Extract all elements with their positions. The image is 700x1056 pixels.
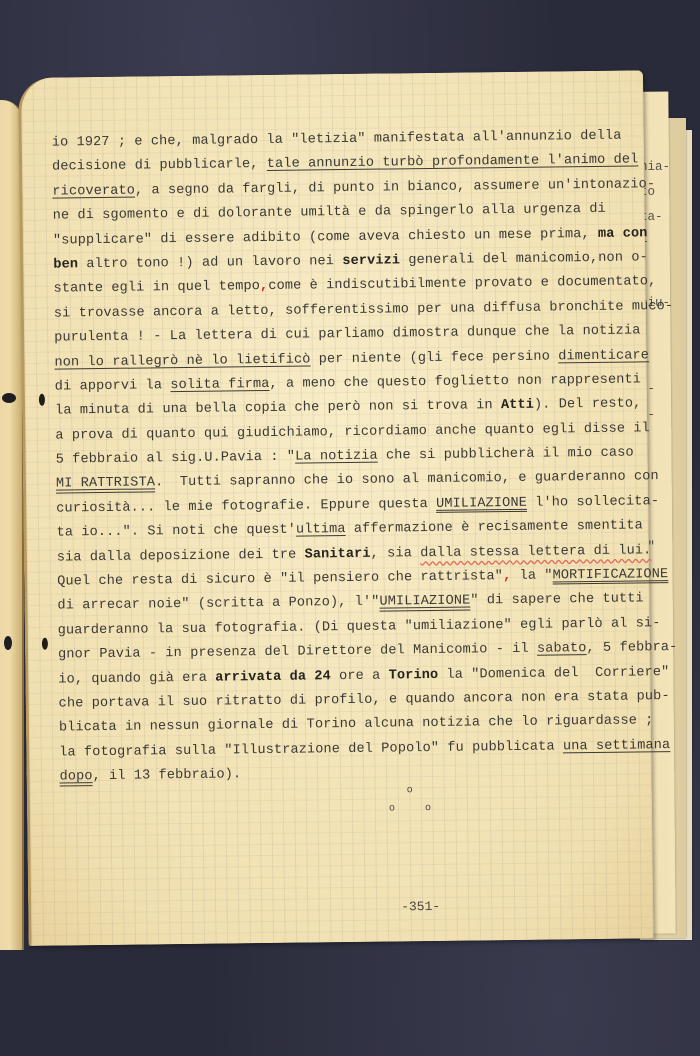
- text-segment: io, quando già era: [58, 670, 215, 687]
- text-segment: a prova di quanto qui giudichiamo, ricor…: [55, 421, 650, 443]
- emphasized-text: dimenticare: [558, 348, 649, 364]
- text-segment: 5 febbraio al sig.U.Pavia : ": [56, 450, 296, 468]
- text-segment: , 5 febbra-: [586, 640, 677, 656]
- emphasized-text: UMILIAZIONE: [436, 496, 527, 512]
- text-segment: io 1927 ; e che, malgrado la "letizia" m…: [52, 129, 622, 151]
- text-segment: l'ho sollecita-: [527, 494, 659, 511]
- text-segment: che portava il suo ritratto di profilo, …: [59, 689, 670, 711]
- section-separator: o o o: [385, 785, 445, 826]
- text-segment: ta io...". Si noti che quest': [56, 523, 296, 541]
- binder-ring: [2, 393, 16, 403]
- emphasized-text: servizi: [342, 253, 400, 269]
- text-segment: decisione di pubblicarle,: [52, 157, 267, 175]
- text-segment: generali del manicomio,non o-: [400, 250, 648, 268]
- document-page: io 1927 ; e che, malgrado la "letizia" m…: [18, 70, 654, 946]
- emphasized-text: Torino: [389, 668, 439, 684]
- text-segment: la "Domenica del Corriere": [438, 665, 669, 683]
- text-segment: "supplicare" di essere adibito (come ave…: [53, 226, 598, 248]
- emphasized-text: tale annunzio turbò profondamente l'anim…: [267, 153, 639, 173]
- emphasized-text: dalla stessa lettera di lui.: [420, 543, 651, 561]
- text-segment: ore a: [331, 668, 389, 684]
- binder-hole: [39, 394, 45, 406]
- emphasized-text: ultima: [296, 522, 346, 538]
- emphasized-text: solita firma: [170, 377, 269, 393]
- text-segment: curiosità... le mie fotografie. Eppure q…: [56, 497, 436, 517]
- emphasized-text: dopo: [59, 769, 92, 784]
- emphasized-text: UMILIAZIONE: [379, 594, 470, 610]
- body-text: io 1927 ; e che, malgrado la "letizia" m…: [52, 124, 660, 790]
- emphasized-text: sabato: [537, 641, 587, 657]
- text-segment: . Tutti sapranno che io sono al manicomi…: [155, 470, 659, 491]
- emphasized-text: MORTIFICAZIONE: [553, 567, 669, 583]
- text-segment: Quel che resta di sicuro è "il pensiero …: [57, 569, 503, 589]
- binder-hole: [42, 638, 48, 650]
- emphasized-text: una settimana: [563, 738, 671, 754]
- text-segment: di apporvi la: [55, 378, 171, 394]
- emphasized-text: La notizia: [295, 449, 378, 465]
- text-segment: , il 13 febbraio).: [92, 767, 241, 784]
- text-segment: per niente (gli fece persino: [310, 349, 558, 367]
- page-number: -351-: [401, 899, 440, 914]
- emphasized-text: non lo rallegrò nè lo lietificò: [54, 352, 310, 370]
- text-segment: come è indiscutibilmente provato e docum…: [268, 275, 656, 295]
- text-segment: guarderanno la sua fotografia. (Di quest…: [58, 616, 661, 638]
- emphasized-text: Sanitari: [304, 546, 370, 562]
- text-segment: blicata in nessun giornale di Torino alc…: [59, 714, 654, 736]
- text-segment: sia dalla deposizione dei tre: [57, 547, 305, 565]
- emphasized-text: MI RATTRISTA: [56, 476, 155, 492]
- emphasized-text: ,: [260, 279, 268, 294]
- text-segment: che si pubblicherà il mio caso: [378, 446, 634, 464]
- text-segment: la ": [511, 569, 552, 585]
- emphasized-text: arrivata da 24: [215, 669, 331, 685]
- emphasized-text: ma con: [598, 226, 648, 242]
- text-segment: di arrecar noie" (scritta a Ponzo), l'": [57, 595, 379, 614]
- emphasized-text: ricoverato: [52, 183, 135, 199]
- text-segment: gnor Pavia - in presenza del Direttore d…: [58, 642, 537, 663]
- text-segment: si trovasse ancora a letto, sofferentiss…: [54, 299, 673, 322]
- text-segment: ). Del resto,: [534, 397, 642, 413]
- text-segment: la fotografia sulla "Illustrazione del P…: [59, 739, 563, 760]
- emphasized-text: ben: [53, 257, 78, 272]
- emphasized-text: Atti: [501, 398, 534, 413]
- text-segment: stante egli in quel tempo: [53, 279, 260, 297]
- text-segment: " di sapere che tutti: [470, 592, 644, 609]
- text-segment: affermazione è recisamente smentita: [345, 519, 642, 538]
- binder-ring: [4, 636, 12, 650]
- text-segment: , a meno che questo foglietto non rappre…: [269, 372, 641, 392]
- text-segment: , a segno da fargli, di punto in bianco,…: [135, 177, 655, 198]
- text-segment: purulenta ! - La lettera di cui parliamo…: [54, 324, 640, 346]
- text-segment: la minuta di una bella copia che però no…: [55, 398, 501, 418]
- text-segment: , sia: [371, 546, 421, 562]
- text-segment: ne di sgomento e di dolorante umiltà e d…: [53, 202, 606, 224]
- text-segment: altro tono !) ad un lavoro nei: [78, 254, 342, 272]
